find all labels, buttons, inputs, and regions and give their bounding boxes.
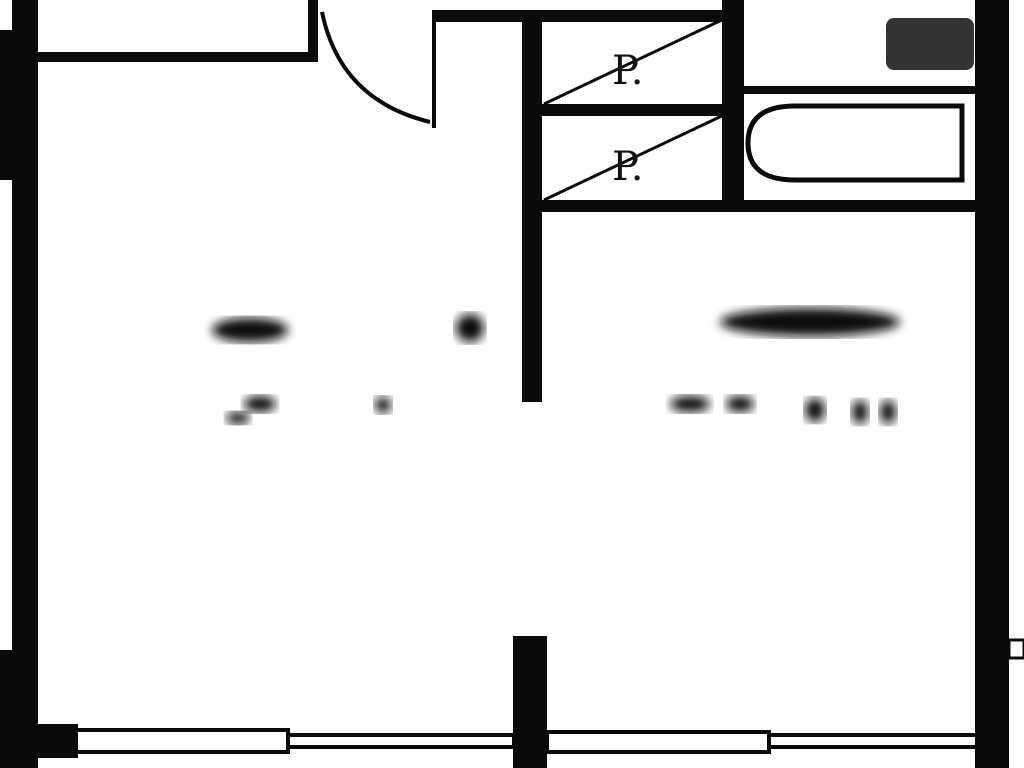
window-bottom-left [38, 730, 514, 752]
closet-bottom [540, 200, 980, 212]
window-right [1009, 640, 1024, 658]
wall-bottom-left-corner [38, 724, 78, 758]
left-room-label [212, 314, 484, 424]
wall-center [522, 14, 542, 402]
closet-divider [540, 104, 730, 116]
wall-center-lower [513, 636, 547, 768]
right-room-label [670, 308, 900, 424]
bath-divider [740, 86, 980, 94]
wall-top-left [38, 52, 316, 62]
window-bottom-right [547, 732, 977, 752]
door-swing [322, 10, 434, 128]
bathtub [748, 106, 962, 180]
wall-right [975, 0, 1009, 768]
closet-2-label: P. [612, 144, 644, 190]
sink [886, 18, 974, 70]
closet-1-label: P. [612, 48, 644, 94]
floor-plan: P. P. [0, 0, 1024, 768]
wall-top-closets [434, 10, 734, 22]
wall-left-lower-stub [0, 650, 18, 768]
wall-top-left-jamb [308, 0, 318, 62]
closet-right-wall [722, 0, 744, 210]
wall-left-stub [0, 30, 18, 180]
